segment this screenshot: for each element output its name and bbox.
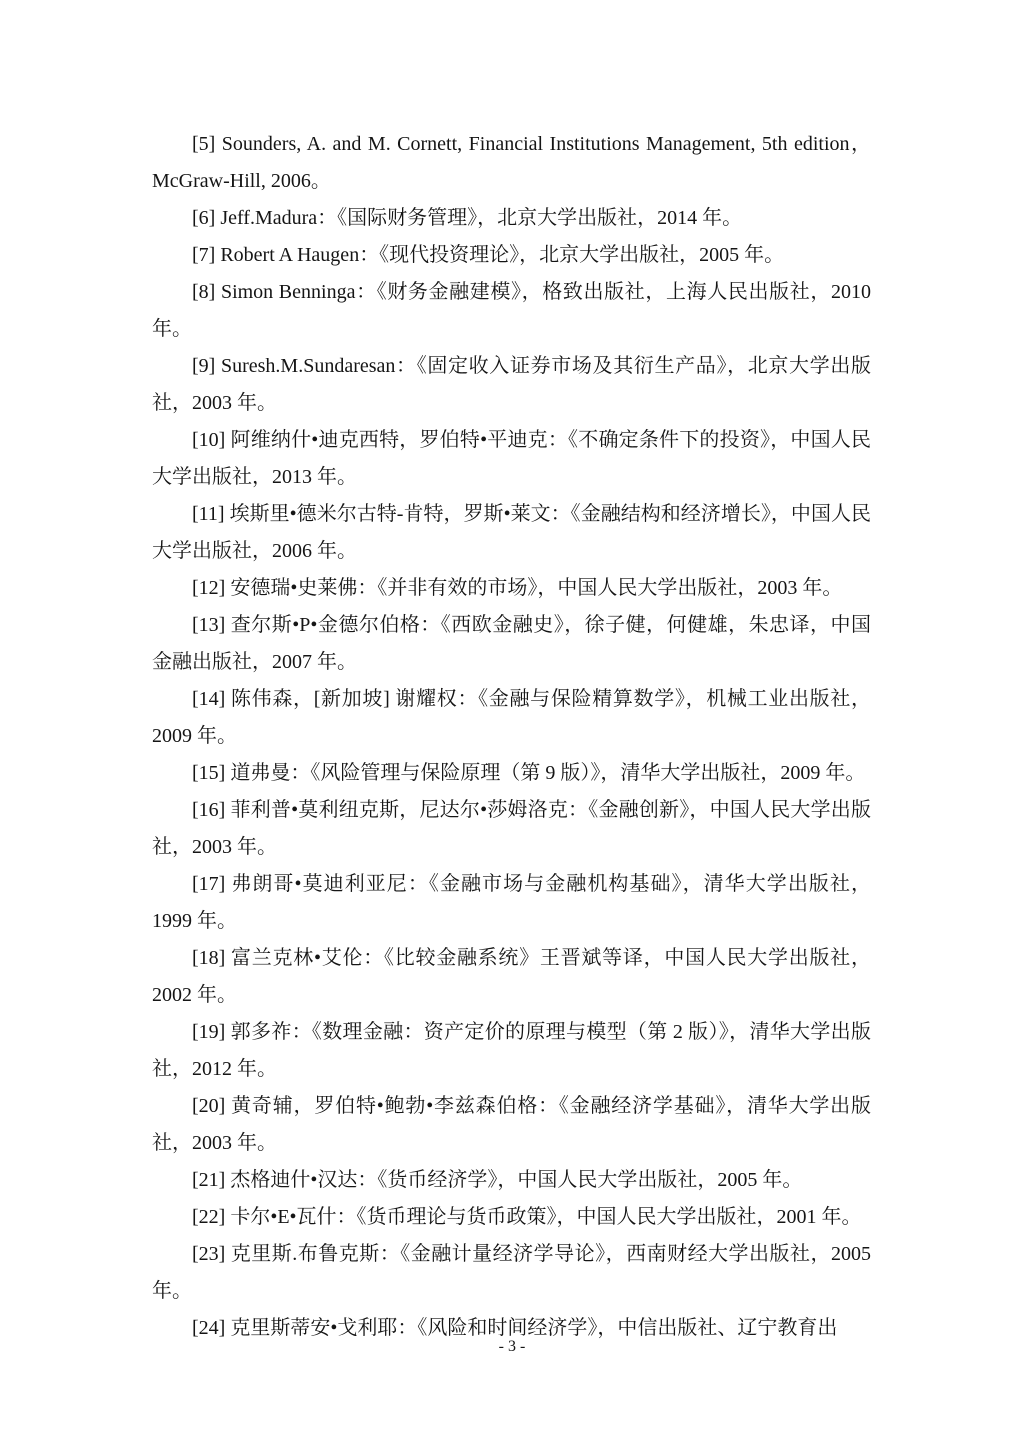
reference-item: [18] 富兰克林•艾伦：《比较金融系统》王晋斌等译，中国人民大学出版社，200… (152, 940, 871, 1014)
reference-item: [9] Suresh.M.Sundaresan：《固定收入证券市场及其衍生产品》… (152, 348, 871, 422)
document-page: [5] Sounders, A. and M. Cornett, Financi… (0, 0, 1024, 1448)
reference-item: [19] 郭多祚：《数理金融：资产定价的原理与模型（第 2 版）》，清华大学出版… (152, 1014, 871, 1088)
reference-item: [11] 埃斯里•德米尔古特-肯特，罗斯•莱文：《金融结构和经济增长》，中国人民… (152, 496, 871, 570)
reference-item: [6] Jeff.Madura：《国际财务管理》，北京大学出版社，2014 年。 (152, 200, 871, 237)
page-number: - 3 - (0, 1337, 1024, 1357)
reference-item: [22] 卡尔•E•瓦什：《货币理论与货币政策》，中国人民大学出版社，2001 … (152, 1199, 871, 1236)
reference-item: [13] 查尔斯•P•金德尔伯格：《西欧金融史》，徐子健，何健雄，朱忠译，中国金… (152, 607, 871, 681)
reference-item: [20] 黄奇辅，罗伯特•鲍勃•李兹森伯格：《金融经济学基础》，清华大学出版社，… (152, 1088, 871, 1162)
reference-item: [15] 道弗曼：《风险管理与保险原理（第 9 版）》，清华大学出版社，2009… (152, 755, 871, 792)
reference-item: [7] Robert A Haugen：《现代投资理论》，北京大学出版社，200… (152, 237, 871, 274)
references-list: [5] Sounders, A. and M. Cornett, Financi… (152, 126, 871, 1347)
reference-item: [16] 菲利普•莫利纽克斯，尼达尔•莎姆洛克：《金融创新》，中国人民大学出版社… (152, 792, 871, 866)
reference-item: [23] 克里斯.布鲁克斯：《金融计量经济学导论》，西南财经大学出版社，2005… (152, 1236, 871, 1310)
reference-item: [10] 阿维纳什•迪克西特，罗伯特•平迪克：《不确定条件下的投资》，中国人民大… (152, 422, 871, 496)
reference-item: [8] Simon Benninga：《财务金融建模》，格致出版社，上海人民出版… (152, 274, 871, 348)
reference-item: [14] 陈伟森，[新加坡] 谢耀权：《金融与保险精算数学》，机械工业出版社，2… (152, 681, 871, 755)
reference-item: [12] 安德瑞•史莱佛：《并非有效的市场》，中国人民大学出版社，2003 年。 (152, 570, 871, 607)
reference-item: [5] Sounders, A. and M. Cornett, Financi… (152, 126, 871, 200)
reference-item: [17] 弗朗哥•莫迪利亚尼：《金融市场与金融机构基础》，清华大学出版社，199… (152, 866, 871, 940)
reference-item: [21] 杰格迪什•汉达：《货币经济学》，中国人民大学出版社，2005 年。 (152, 1162, 871, 1199)
